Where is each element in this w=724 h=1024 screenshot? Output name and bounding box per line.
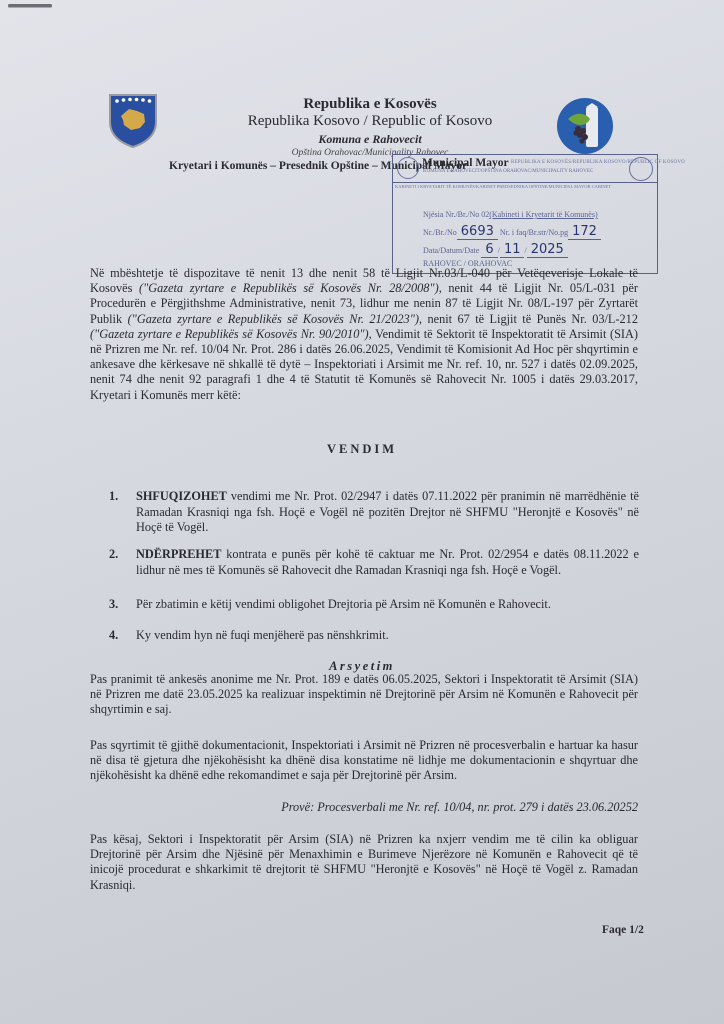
stamp-nr-value: 6693 (457, 224, 498, 240)
header-municipality: Komuna e Rahovecit (180, 132, 560, 147)
intro-text-3: , nenit 67 të Ligjit të Punës Nr. 03/L-2… (419, 312, 638, 326)
stamp-header-small-2: KOMUNA E RAHOVECIT/OPŠTINA ORAHOVAC/MUNI… (423, 169, 593, 174)
intro-citation-2: ("Gazeta zyrtare e Republikës së Kosovës… (128, 312, 419, 326)
intro-citation-3: ("Gazeta zyrtare e Republikës së Kosovës… (90, 327, 369, 341)
reasoning-paragraph: Pas sqyrtimit të gjithë dokumentacionit,… (90, 738, 638, 784)
staple-mark (8, 4, 52, 7)
reasoning-paragraph: Pas kësaj, Sektori i Inspektoratit për A… (90, 832, 638, 893)
evidence-reference: Provë: Procesverbali me Nr. ref. 10/04, … (90, 800, 638, 815)
stamp-date-day: 6 (481, 242, 497, 258)
stamp-nr-label: Nr./Br./No (423, 228, 457, 237)
stamp-title: Municipal Mayor (422, 157, 509, 169)
header-republic-al: Republika e Kosovës (180, 96, 560, 113)
stamp-date-year: 2025 (527, 242, 568, 258)
item-number: 1. (109, 489, 118, 505)
registration-stamp: REPUBLIKA E KOSOVËS/REPUBLIKA KOSOVO/REP… (392, 154, 658, 274)
document-page: Republika e Kosovës Republika Kosovo / R… (0, 0, 724, 1024)
stamp-divider (393, 182, 657, 183)
stamp-unit-value: (Kabineti i Kryetarit të Komunës) (489, 210, 597, 219)
header-republic-sr-en: Republika Kosovo / Republic of Kosovo (180, 113, 560, 130)
item-text: Ky vendim hyn në fuqi menjëherë pas nëns… (136, 628, 389, 642)
decision-title: VENDIM (0, 442, 724, 457)
decision-item: 4. Ky vendim hyn në fuqi menjëherë pas n… (109, 628, 639, 644)
stamp-date-row: Data/Datum/Date 6/11/2025 (423, 242, 568, 257)
intro-citation-1: ("Gazeta zyrtare e Republikës së Kosovës… (139, 281, 439, 295)
stamp-header-small-1: REPUBLIKA E KOSOVËS/REPUBLIKA KOSOVO/REP… (511, 160, 685, 165)
stamp-seal-left-icon (397, 157, 419, 179)
kosovo-coat-of-arms-icon (107, 92, 159, 148)
item-number: 3. (109, 597, 118, 613)
stamp-unit-row: Njësia Nr./Br./No 02(Kabineti i Kryetari… (423, 210, 598, 219)
decision-item: 1. SHFUQIZOHET vendimi me Nr. Prot. 02/2… (109, 489, 639, 536)
stamp-date-label: Data/Datum/Date (423, 246, 479, 255)
item-number: 2. (109, 547, 118, 563)
reasoning-paragraph: Pas pranimit të ankesës anonime me Nr. P… (90, 672, 638, 718)
stamp-number-row: Nr./Br./No6693 Nr. i faq/Br.str/No.pg172 (423, 224, 601, 239)
page-number: Faqe 1/2 (602, 924, 644, 936)
item-keyword: NDËRPREHET (136, 547, 221, 561)
intro-paragraph: Në mbështetje të dispozitave të nenit 13… (90, 266, 638, 403)
stamp-unit-label: Njësia Nr./Br./No 02 (423, 210, 489, 219)
stamp-date-month: 11 (500, 242, 525, 258)
stamp-cabinet-line: KABINETI I KRYETARIT TË KOMUNËS/KABINET … (395, 184, 611, 189)
stamp-pages-label: Nr. i faq/Br.str/No.pg (500, 228, 568, 237)
rahovec-municipality-logo-icon (556, 97, 614, 155)
item-keyword: SHFUQIZOHET (136, 489, 227, 503)
decision-item: 2. NDËRPREHET kontrata e punës për kohë … (109, 547, 639, 578)
item-text: Për zbatimin e këtij vendimi obligohet D… (136, 597, 551, 611)
decision-item: 3. Për zbatimin e këtij vendimi obligohe… (109, 597, 639, 613)
item-number: 4. (109, 628, 118, 644)
stamp-pages-value: 172 (568, 224, 601, 240)
